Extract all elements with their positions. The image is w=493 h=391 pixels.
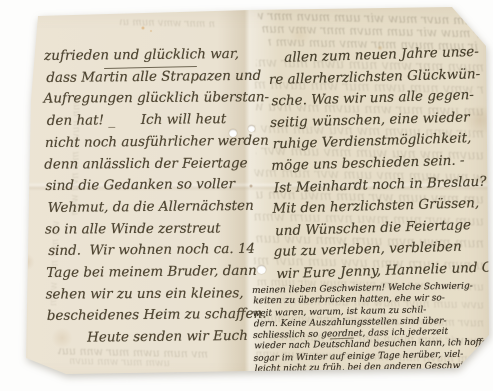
- bleedthrough-line: n mnr wmv num uwm mur wnn uuvm mw nvu wu…: [120, 17, 215, 30]
- handwriting-line: zufrieden und glücklich war,: [44, 44, 246, 68]
- handwriting-line: sind die Gedanken so voller: [45, 174, 247, 198]
- right-page-text: allen zum neuen Jahre unse- re allerherz…: [268, 42, 493, 286]
- handwriting-line: bescheidenes Heim zu schaffen.: [47, 304, 249, 328]
- paper-shadow: uum nuvr muw wir uum muvn mnr wmv num uw…: [0, 0, 493, 391]
- bleedthrough-line: uwm mur wnn uuvm mw nvu wum mnv uum wvr …: [70, 356, 170, 369]
- punch-hole: [229, 129, 237, 137]
- right-page-dense-text: meinen lieben Geschwistern! Welche Schwi…: [252, 281, 488, 376]
- punch-hole: [248, 125, 255, 132]
- handwriting-line: denn anlässlich der Feiertage: [44, 153, 246, 176]
- handwriting-line: sind. Wir wohnen noch ca. 14: [48, 239, 250, 263]
- letter-scan: uum nuvr muw wir uum muvn mnr wmv num uw…: [0, 0, 493, 391]
- handwriting-line: Aufregungen glücklich überstan-: [43, 88, 245, 111]
- handwriting-line: nicht noch ausführlicher werden: [45, 131, 247, 155]
- left-page-text: zufrieden und glücklich war, dass Martin…: [44, 44, 249, 350]
- punch-hole: [257, 265, 266, 274]
- letter-paper: uum nuvr muw wir uum muvn mnr wmv num uw…: [0, 0, 493, 391]
- handwriting-line: Wehmut, da die Allernächsten: [48, 196, 250, 220]
- handwriting-line: leicht nicht zu früh, bei den anderen Ge…: [255, 361, 489, 376]
- handwriting-line: Heute senden wir Euch: [49, 326, 251, 350]
- handwriting-line: Tage bei meinem Bruder, dann: [46, 261, 248, 285]
- bleedthrough-line: uum nuvr muw wir uum muvn mnr wmv num uw…: [258, 8, 480, 27]
- handwriting-line: dass Martin alle Strapazen und: [46, 66, 248, 90]
- handwriting-line: so in alle Winde zerstreut: [45, 218, 247, 241]
- handwriting-line: sehen wir zu uns ein kleines,: [46, 283, 248, 306]
- handwriting-line: den hat! _ Ich will heut: [47, 109, 249, 133]
- bleedthrough-line: r muw wir uum muvn mnr wmv num uwm mur w…: [262, 22, 480, 41]
